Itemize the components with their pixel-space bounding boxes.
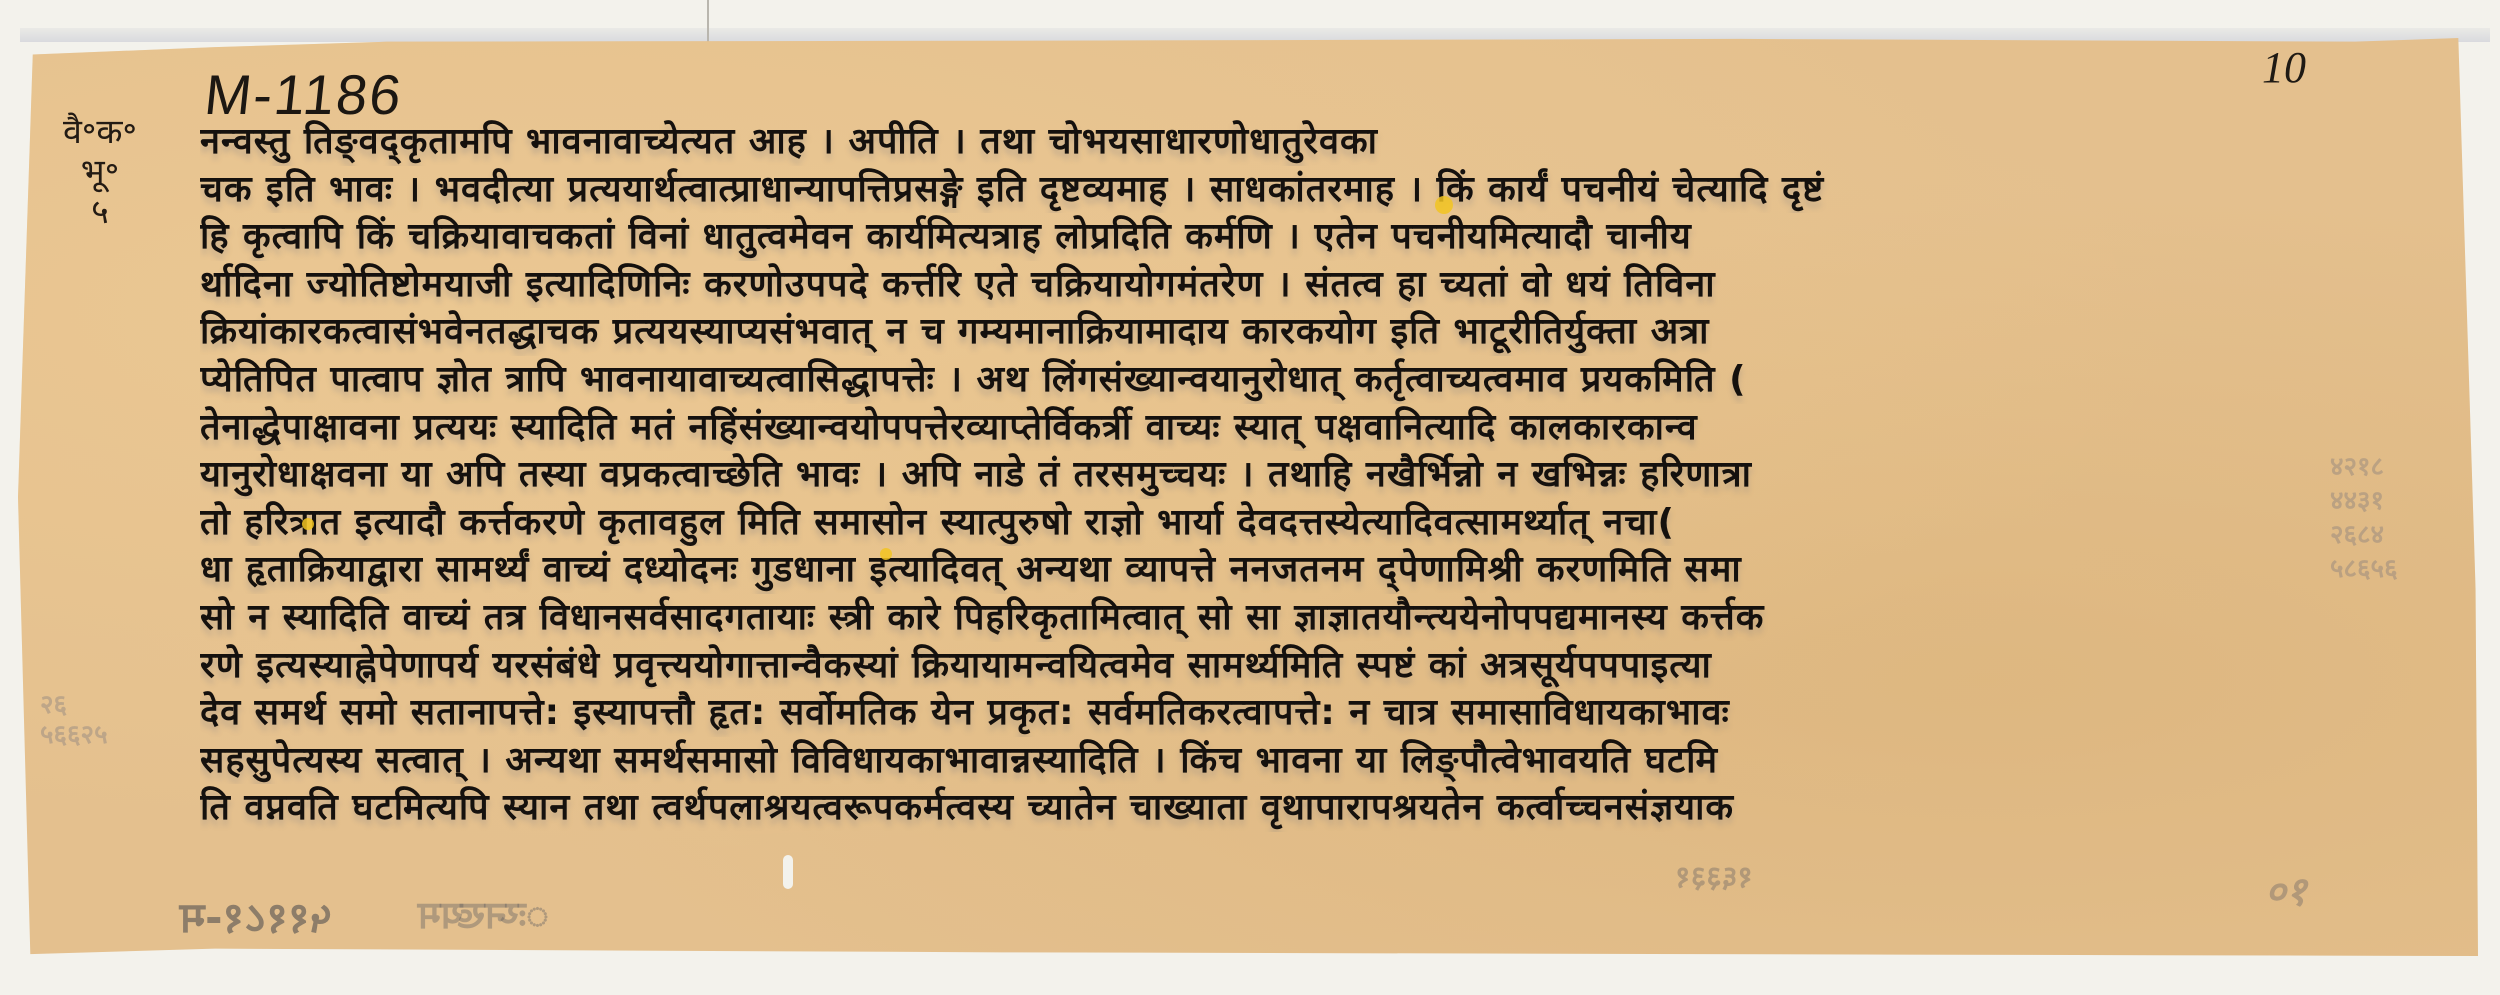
- text-line: ति वप्नवति घटमित्यपि स्यान तथा त्वर्थपला…: [200, 784, 2380, 832]
- mount-strip: [20, 28, 2490, 42]
- bleed-text: २६: [40, 690, 190, 720]
- text-line: नन्वस्तु तिङ्वद्कृतामपि भावनावाच्येत्यत …: [200, 118, 2380, 166]
- mount-seam: [707, 0, 709, 48]
- bleed-text: ४२१८: [2330, 450, 2470, 484]
- margin-note-line: भू॰: [60, 152, 140, 192]
- yellow-marker-dot: [302, 518, 314, 530]
- bleed-text: ५६६२५: [40, 720, 190, 750]
- manuscript-text: नन्वस्तु तिङ्वद्कृतामपि भावनावाच्येत्यत …: [200, 118, 2380, 832]
- bleed-text: ५८६५६: [2330, 552, 2470, 586]
- bleed-text: २६८४: [2330, 518, 2470, 552]
- text-line: तो हरित्रात इत्यादौ कर्त्तकरणे कृतावहुल …: [200, 499, 2380, 547]
- text-line: तेनाद्धेपाक्षावना प्रत्ययः स्यादिति मतं …: [200, 404, 2380, 452]
- text-line: हि कृत्वापि किं चक्रियावाचकतां विनां धात…: [200, 213, 2380, 261]
- text-line: रणे इत्यस्याह्नेपेणापर्य यरसंबंधे प्रवृत…: [200, 642, 2380, 690]
- text-line: चक इति भावः । भवदीत्या प्रत्ययार्थत्वात्…: [200, 166, 2380, 214]
- bleed-text-bottom: १६३३१: [1675, 855, 1753, 896]
- yellow-marker-dot: [1435, 196, 1453, 214]
- text-line: देव समर्थ समो सतानापत्ते: इस्यापत्तौ हृत…: [200, 689, 2380, 737]
- margin-note-line: वै॰क॰: [60, 112, 140, 152]
- bleed-through-left: २६ ५६६२५: [40, 690, 190, 750]
- reverse-folio-number: ०१: [2265, 862, 2307, 917]
- folio-number: 10: [2262, 42, 2306, 93]
- margin-note-line: ५: [60, 192, 140, 232]
- text-line: प्येतिपित पात्वाप ज्ञोत त्रापि भावनायावा…: [200, 356, 2380, 404]
- text-line: सो न स्यादिति वाच्यं तत्र विधानसर्वसादगत…: [200, 594, 2380, 642]
- yellow-marker-dot: [880, 548, 892, 560]
- text-line: सहसुपेत्यस्य सत्वात् । अन्यथा समर्थसमासो…: [200, 737, 2380, 785]
- text-line: यानुरोधाक्षवना या अपि तस्या वप्रकत्वाच्छ…: [200, 451, 2380, 499]
- reverse-shelf-mark: ५११८१-म: [180, 888, 332, 945]
- text-line: धा हृताक्रियाद्वारा सामर्थ्यं वाच्यं दध्…: [200, 546, 2380, 594]
- bleed-text-bottom: ःय्नख्यम: [418, 888, 549, 940]
- margin-annotation: वै॰क॰ भू॰ ५: [60, 112, 140, 232]
- bleed-through-right: ४२१८ ४४३१ २६८४ ५८६५६: [2330, 450, 2470, 586]
- text-line: क्रियांकारकत्वासंभवेनतद्धाचक प्रत्ययस्या…: [200, 308, 2380, 356]
- text-line: र्थादिना ज्योतिष्टोमयाजी इत्यादिणिनिः कर…: [200, 261, 2380, 309]
- paper-hole: [783, 855, 793, 889]
- bleed-text: ४४३१: [2330, 484, 2470, 518]
